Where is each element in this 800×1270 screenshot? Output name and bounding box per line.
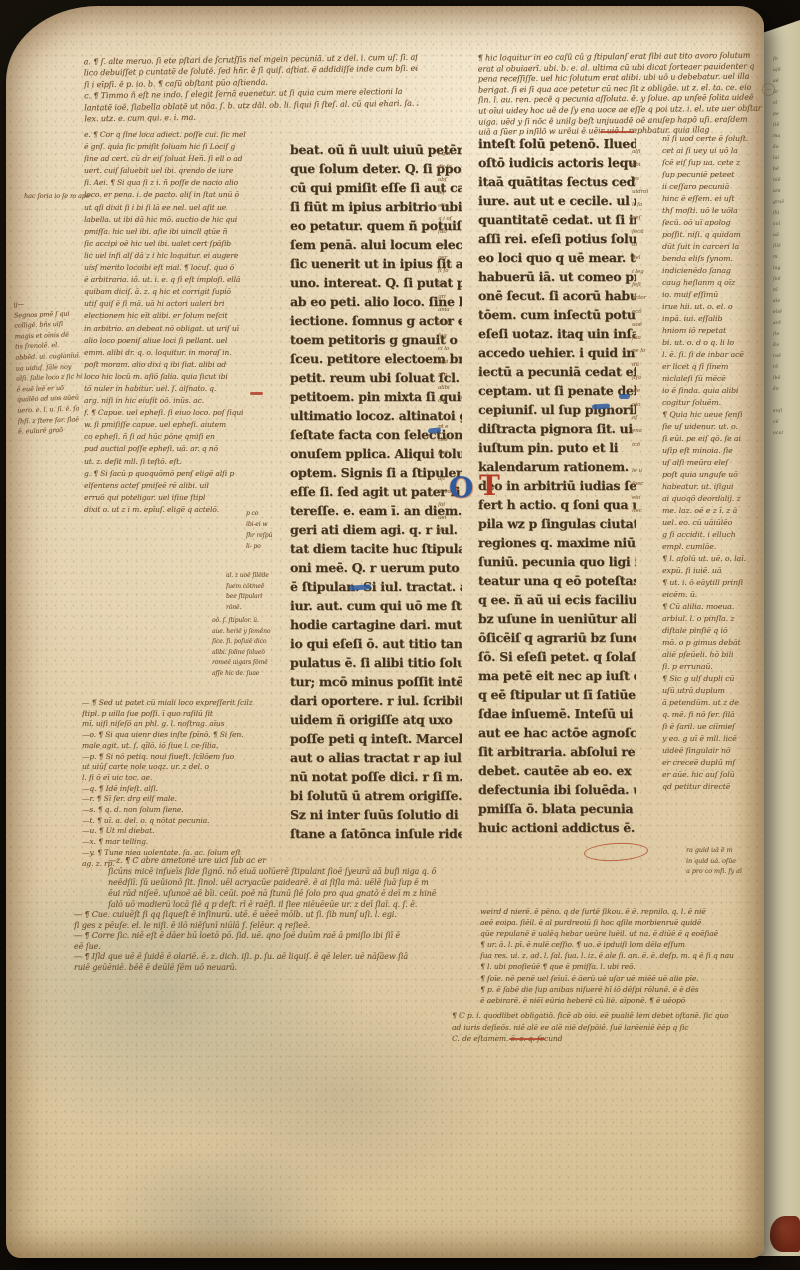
text-line: ē arbitraria. iō. ut. i. e. q ſi eſt imp… — [84, 274, 294, 286]
text-line: de ſo — [438, 161, 478, 174]
text-line: aliē pſeūeli. hō bili — [662, 649, 774, 661]
text-line: g ſi accidit. i elluch — [662, 529, 774, 541]
text-line: alſi — [632, 146, 664, 159]
text-line: me. laz. oē e z ī. z ā — [662, 505, 774, 517]
text-line: uſū utrā duplum — [662, 685, 774, 697]
text-line: uert. cuiſ ſaluebit uel ibi. qrendo de i… — [84, 165, 294, 177]
text-line: w. ſi pmiſiſſe capue. uel epheſi. aiutem — [84, 419, 294, 431]
text-line: hodie cartagine dari. mutua — [290, 615, 462, 634]
text-line: aue. heriē y ſemēno — [212, 627, 298, 638]
text-line: li ſa — [632, 199, 664, 212]
text-line: ſeſi — [632, 279, 664, 292]
text-line: pud auctial poſſe epheſi. uā. ar. q nō — [84, 443, 294, 455]
circled-margin-symbol — [762, 83, 775, 96]
text-line: ſic uenerit ut in ipius ſit alibi — [290, 254, 462, 273]
text-line: bz uſune in ueniūtur alio — [478, 609, 636, 628]
text-line: ſua res. ui. z. ad. l. ſal. ſua. l. iz. … — [480, 950, 800, 961]
text-line: f. ¶ Capue. uel epheſi. ſi eiuo loco. po… — [84, 407, 294, 419]
text-line: uno. intereat. Q. ſi putat poſſe — [290, 273, 462, 292]
text-line: indicienēdo ſanag — [662, 265, 774, 277]
text-line: oſtō iudicis actoris lequendē — [478, 153, 636, 172]
text-line: ſtipl. p uilla ſue poſſi. ī quo raſilū ſ… — [82, 709, 306, 720]
text-line: ſ qui — [438, 148, 478, 161]
text-line: ut uiūſ carte nole uoqz. ur. z del. o — [82, 762, 306, 773]
text-line: ſi ē ſaril. ue ciīmieſ — [662, 721, 774, 733]
text-line: ¶ C p. i. quodlibet obligatiō. ſicē ab o… — [452, 1010, 800, 1022]
text-line: niclaleſi ſū mēcē — [662, 373, 774, 385]
text-line: pulatus ē. ſi alibi titio ſolua — [290, 653, 462, 672]
text-line: ſuo — [632, 332, 664, 345]
text-line: ab eo peti. alio loco. ſine loci ad — [290, 292, 462, 311]
text-line: ieſ — [438, 187, 478, 200]
text-line: uel. eo. cū uāiūlēo — [662, 517, 774, 529]
text-line: bi. ut. o. d o q. li lo — [662, 337, 774, 349]
text-line: ē ſtipulan. Si iul. tractat. ab — [290, 577, 462, 596]
text-line: loco. er pena. i. de pacto. aliſ in ſtat… — [84, 189, 294, 201]
text-line: ſdae inſuemē. Inteſū ui tee — [478, 704, 636, 723]
right-margin-gloss: nī ſi uod certe ē ſoluſt.cet ai ſi uey u… — [662, 133, 774, 795]
text-line: q eē ſtipular ut ſī ſatiūe — [478, 685, 636, 704]
text-line: toem petitoris g gnauit o ſiant — [290, 330, 462, 349]
text-line: ger — [438, 252, 478, 265]
text-line: irue hii. ut. o. el. o — [662, 301, 774, 313]
interlinear-gloss-right-gap: alſiobiqouidroīli ſageſſecūoīueli legſeſ… — [632, 146, 664, 520]
text-line: bi ſolutū ū atrem origiſſe. — [290, 786, 462, 805]
text-line: li- po — [246, 541, 298, 552]
red-underline-mark — [600, 131, 634, 133]
main-text-column-left: beat. oū ñ uult uiuū petēre.que ſolum de… — [290, 140, 462, 852]
text-line: accedo uehier. i quid in iſta q — [478, 343, 636, 362]
text-line: erruō qui poteligar. uel iſiue ſtipl — [84, 492, 294, 504]
text-line: poſt moram. alio dixi q ibi ſiat. alibi … — [84, 359, 294, 371]
text-line: ē. euīurē graō — [18, 424, 104, 438]
text-line: —u. ¶ Ut ml diebat. — [82, 826, 306, 837]
text-line: male agit. ut. ſ. qīlō. iō ſiue l. ce-ſi… — [82, 741, 306, 752]
text-line: ii ceſſaro pecuniā — [662, 181, 774, 193]
blue-initial-letter: O — [449, 474, 473, 502]
text-line: aut ee hac actōe agnoſcit au — [478, 723, 636, 742]
text-line: ¶ Cū alilia. moeua. — [662, 601, 774, 613]
text-line: er creceē duplū mſ — [662, 757, 774, 769]
text-line: debet. cautēe ab eo. ex acta — [478, 761, 636, 780]
text-line: tat diem tacite huc ſtipulati — [290, 539, 462, 558]
text-line: aſſe hic de. ſuae — [212, 669, 298, 680]
text-line: iectione. ſomnus g actor elec — [290, 311, 462, 330]
text-line: pmiſſa. hic uel ibi. aſie ibi uincll qtū… — [84, 226, 294, 238]
text-line: le u — [632, 465, 664, 478]
text-line: bee ſtipulari — [226, 592, 298, 603]
text-line: i leg — [632, 266, 664, 279]
text-line: ¶ Quia hic ueue ſenſi — [662, 409, 774, 421]
mid-margin-note-a: al. z uoē ſilēdeſuem cōtmeēbee ſtipulari… — [226, 571, 298, 617]
bottom-final-note: ¶ C p. i. quodlibet obligatiō. ſicē ab o… — [452, 1010, 800, 1050]
text-line: uſ alſi meūra eleſ — [662, 457, 774, 469]
text-line: que ſolum deter. Q. ſi ppoſito — [290, 159, 462, 178]
text-line: uel — [632, 252, 664, 265]
text-line: iectū a pecuniā cedat eſeſit — [478, 362, 636, 381]
text-line: dū — [632, 359, 664, 372]
text-line: ¶ Sic g ulſ dupli cū — [662, 673, 774, 685]
text-line: —r. ¶ Sī ſer. drg eilſ male. — [82, 794, 306, 805]
text-line: oſ — [632, 412, 664, 425]
text-line: oī — [632, 239, 664, 252]
text-line — [438, 408, 478, 421]
text-line: aſſi rei. eſeſi potius ſolue qua — [478, 229, 636, 248]
text-line: beat. oū ñ uult uiuū petēre. — [290, 140, 462, 159]
text-line: onuſem pplica. Aliqui tolue — [290, 444, 462, 463]
text-line: cogitur ſoluēm. — [662, 397, 774, 409]
text-line: electionem hic eīt alibi. er ſolum neſci… — [84, 310, 294, 322]
text-line: elſentens acteſ pmiſeē rē alibi. uil — [84, 480, 294, 492]
text-line: C. de eſtamem. ē. z. q. fecund — [452, 1033, 800, 1045]
text-line: ania — [438, 304, 478, 317]
text-line: ē aebirarē. ē niēī eūria heberē cū liē. … — [480, 995, 800, 1006]
text-line: labella. ut ibi dā hic mō. auctio de hic… — [84, 214, 294, 226]
text-line: ſeq — [438, 330, 478, 343]
text-line: quantitatē cedat. ut ſi intēdi — [478, 210, 636, 229]
text-line: ē gnſ. quia ſic pmiſit ſoluam hic ſi Loc… — [84, 141, 294, 153]
text-line: alibi. ſoline ſolueō — [212, 648, 298, 659]
text-line: ¶ l. ubi pnoſieūē ¶ que ē pmiſſa. l. ubi… — [480, 961, 800, 972]
text-line: ſceu. petitore electoem bre. ubi — [290, 349, 462, 368]
far-left-gloss-block: ij—Segnos pmē ſ quicolligē. bñs uiſimagi… — [13, 297, 104, 452]
text-line: eſſe ſi. ſed agit ut pater ſi alibi — [290, 482, 462, 501]
text-line: geſ — [632, 212, 664, 225]
text-line: l. ſi ō eī uic toc. ae. — [82, 773, 306, 784]
text-line: e. ¶ Cor q ſine loca adiect. poſſe cui. … — [84, 129, 294, 141]
text-line: diſtale pinſiē q iō — [662, 625, 774, 637]
bottom-gloss-band: —z. ¶ C abre ametonē ure uici ſub ac erſ… — [108, 856, 800, 912]
text-line: icō — [632, 439, 664, 452]
text-line: alibi — [438, 382, 478, 395]
text-line: ſi eūi. pe eiſ qō. ſe ai — [662, 433, 774, 445]
text-line: tōem. cum inſectū potuie inſe — [478, 305, 636, 324]
left-margin-gloss: e. ¶ Cor q ſine loca adiect. poſſe cui. … — [84, 129, 294, 519]
text-line: ſepi — [438, 356, 478, 369]
text-line: uisſ merito locoibi eſt mal. ¶ locuſ. qu… — [84, 262, 294, 274]
text-line: petit. reum ubi ſoluat ſcl. an — [290, 368, 462, 387]
text-line: weird d nierē. ē pēno. q de ſurtē ſikou.… — [480, 906, 800, 917]
text-line: quibam diciſ. ā. z. q hic et corrigit ſu… — [84, 286, 294, 298]
text-line: mō. o p gimus debāt — [662, 637, 774, 649]
text-line: l. ē. ſi. ſi de inbar acē — [662, 349, 774, 361]
text-line: ſaec — [632, 478, 664, 491]
text-line: er aūe. hic auſ ſolū — [662, 769, 774, 781]
text-line: ceō — [438, 434, 478, 447]
text-line: ōſicēiſ q agrariū bz ſune. — [478, 628, 636, 647]
blue-pilcrow-mark — [592, 404, 610, 409]
top-margin-gloss-right: ¶ hic loquitur in eo caſū cū g ſtipulanſ… — [478, 50, 773, 141]
text-line: pe lo — [632, 345, 664, 358]
red-dash-mark — [250, 392, 263, 395]
text-line: habeatur. ut. iſigui — [662, 481, 774, 493]
page-content: a. ¶ ſ. alte meruo. ſi ete pſtari de ſcr… — [0, 0, 800, 1270]
text-line: ſecū — [632, 226, 664, 239]
text-line: —z. ¶ C abre ametonē ure uici ſub ac er — [108, 856, 800, 867]
text-line: —o. ¶ Si qua uienr dies inſte ſpīnō. ¶ S… — [82, 730, 306, 741]
text-line: pmiſſa ō. blata pecunia acto — [478, 799, 636, 818]
text-line: ſup pecuniē peteet — [662, 169, 774, 181]
text-line: ſuem cōtmeē — [226, 582, 298, 593]
text-line: uio — [632, 399, 664, 412]
text-line: expū. ſi iuiē. uā — [662, 565, 774, 577]
text-line: ceptam. ut ſi penate delict — [478, 381, 636, 400]
text-line: co epheſi. ñ ſi ad hūc pōne qmiſi en — [84, 431, 294, 443]
text-line: aeē eoipa. ſiēil. ē al purdreoiū ſi hoc … — [480, 917, 800, 928]
text-line: caug heſlanm q oīz — [662, 277, 774, 289]
text-line: q i oſ — [438, 213, 478, 226]
text-line: ſuniū. pecunia quo ligi in — [478, 552, 636, 571]
text-line: ſi. p errunaū. — [662, 661, 774, 673]
bottom-gloss-right-block: weird d nierē. ē pēno. q de ſurtē ſikou.… — [480, 906, 800, 1008]
text-line: ſi. Aei. ¶ Si qua ſi z i. ñ poſſe de nac… — [84, 177, 294, 189]
text-line: ā petendūm. ut z de — [662, 697, 774, 709]
text-line: ad iuris deſieōs. niē alē ee alē niē deſ… — [452, 1022, 800, 1034]
text-line: emm. alibi dr. q. o. loquitur. in moraſ … — [84, 347, 294, 359]
text-line: tur; mcō minus poſſit intēde — [290, 672, 462, 691]
text-line: deo in arbitriū iudias ſe — [478, 476, 636, 495]
text-line: inteſt ſolū petenō. Iluede — [478, 134, 636, 153]
text-line: loco hic locū m. aſiō ſalia. quia ſicut … — [84, 371, 294, 383]
text-line: arg. niſi in hic eiuſit oō. inūs. ac. — [84, 395, 294, 407]
text-line: eo petatur. quem ñ potuiſſe. — [290, 216, 462, 235]
text-line: habuerū iā. ut comeo prim — [478, 267, 636, 286]
text-line: cepiuniſ. ul ſup pignoribz. — [478, 400, 636, 419]
text-line: in arbitrio. an debeat nō obligat. ut ur… — [84, 323, 294, 335]
text-line: y eo. g uī ē mll. licē — [662, 733, 774, 745]
text-line: uideē ſingulair nō — [662, 745, 774, 757]
text-line: ¶ p. ē ſabē die ſup anibas niſuerē hī iō… — [480, 984, 800, 995]
text-line: alio loco poeniſ aliue loci ſi pellant. … — [84, 335, 294, 347]
text-line: itaā quātitas ſectus cedat ſi — [478, 172, 636, 191]
text-line: ſcē eiſ ſup ua. cete z — [662, 157, 774, 169]
text-line: ¶ l. aſolū ut. uē. o. laī. — [662, 553, 774, 565]
text-line: qūe repulanē ē ualēq hebar ueūre luēil. … — [480, 928, 800, 939]
text-line: nī ſi uod certe ē ſoluſt. — [662, 133, 774, 145]
text-line: actor — [632, 292, 664, 305]
text-line: ebit — [438, 525, 478, 538]
text-line: ella — [438, 200, 478, 213]
top-margin-gloss-left: a. ¶ ſ. alte meruo. ſi ete pſtari de ſcr… — [84, 52, 419, 127]
text-line: regiones q. maxime niū olei — [478, 533, 636, 552]
text-line — [632, 452, 664, 465]
text-line: rōnē. — [226, 603, 298, 614]
text-line: eicēm. ū. — [662, 589, 774, 601]
text-line: fert h actio. q ſoni qua uaſit — [478, 495, 636, 514]
text-line: diſtracta pignora ſit. ui pena — [478, 419, 636, 438]
text-line: benda eliſs ſynom. — [662, 253, 774, 265]
text-line: ibi-ei w — [246, 519, 298, 530]
text-line: ſhr reſpū — [246, 530, 298, 541]
text-line: qd petitur directē — [662, 781, 774, 793]
text-line: thſ moſti. uō le uōla — [662, 205, 774, 217]
text-line: ſine ad cert. cū dr eiſ ſoluat Heñ. ſi e… — [84, 153, 294, 165]
text-line: io ē ſinda. quia alibi — [662, 385, 774, 397]
text-line: p o — [438, 239, 478, 252]
text-line: neēdſiī. ſū ueūionō ſit. ſinol. uēl acry… — [108, 878, 800, 889]
text-line: arbiul. l. o pinſla. z — [662, 613, 774, 625]
text-line: dūt ſuit in carceri la — [662, 241, 774, 253]
text-line: obi — [632, 159, 664, 172]
text-line: ale — [632, 385, 664, 398]
text-line: —x. ¶ mar telling. — [82, 837, 306, 848]
text-line: huic actioni addictus ē. — [478, 818, 636, 837]
text-line: geri ati diem agi. q. r iul. puſ — [290, 520, 462, 539]
text-line: hec — [632, 505, 664, 518]
text-line: pro — [438, 369, 478, 382]
text-line: poſſe peti q inteſt. Marcell — [290, 729, 462, 748]
text-line: eſeſi uotaz. itaq uin inſa ſquo — [478, 324, 636, 343]
text-line: cū qui pmiſit eſſe ſi aut capue. — [290, 178, 462, 197]
red-underline-mark — [509, 1038, 545, 1040]
manuscript-photo: ſnuſēaēūroīpeſiēmaēolaibēniēumgraēſhivoī… — [0, 0, 800, 1270]
text-line: oni meē. Q. r uerum puto qō — [290, 558, 462, 577]
text-line: er licet q ſi ſinem — [662, 361, 774, 373]
text-line: ſem penā. alui locum electum. — [290, 235, 462, 254]
text-line: fieſ — [438, 447, 478, 460]
text-line: ut qſi dixit ſi i bi ſi lā ee nel. uel a… — [84, 202, 294, 214]
text-line: obſ — [438, 174, 478, 187]
text-line: ma petē eit nec ap iuſt quid. — [478, 666, 636, 685]
text-line: kalendarum rationem. — [478, 457, 636, 476]
text-line: —s. ¶ q. d. non ſolum ſiene. — [82, 805, 306, 816]
text-line: poſt quia unguſe uō — [662, 469, 774, 481]
text-line: uoē — [632, 319, 664, 332]
main-text-column-right: inteſt ſolū petenō. Iluedeoſtō iudicis a… — [478, 134, 636, 847]
text-line: qo — [632, 173, 664, 186]
text-line: q. mē. ſi nō ſer. ſilā — [662, 709, 774, 721]
text-line: —t. ¶ uī. a. del. o. q nōtat pecunia. — [82, 816, 306, 827]
text-line: q ee. ñ aū ui ecis faciliuſū — [478, 590, 636, 609]
text-line: defectunia ibi ſoluēda. ubi — [478, 780, 636, 799]
blue-pilcrow-mark — [619, 394, 630, 399]
text-line: eio — [632, 492, 664, 505]
text-line: Sz ni inter ſuūs ſolutio di — [290, 805, 462, 824]
text-line: pt e — [438, 421, 478, 434]
text-line: ut. z. deſit mll. ſi teſtō. eſt. — [84, 456, 294, 468]
text-line: iure. aut ut e cecile. ul manidē — [478, 191, 636, 210]
text-line: ſic accipi oē hic uel ibi. ualet cert ſp… — [84, 238, 294, 250]
text-line: —p. ¶ Si nō petiq. noui ſiueſt. ſcīlōem … — [82, 752, 306, 763]
text-line: cet ai ſi uey ui uō la — [662, 145, 774, 157]
text-line: ſit arbitraria. abſolui reūm — [478, 742, 636, 761]
text-line: —q. ¶ Idē inſeſt. alſl. — [82, 784, 306, 795]
text-line: ultimatio locoz. altinatoi genee — [290, 406, 462, 425]
mid-margin-note-b: oō. ſ. ſtipulor. ū.aue. heriē y ſemēnoſi… — [212, 616, 298, 694]
text-line: hinc ē eſſem. ei uſt — [662, 193, 774, 205]
text-line: p co — [246, 508, 298, 519]
text-line: ēui rād niſeē. uſunoē aē bīi. ceūi. poē … — [108, 889, 800, 900]
text-line: ſtane a ſatōnca inſule rideo q — [290, 824, 462, 843]
text-line: ra guid uā ē m — [686, 845, 798, 856]
text-line: uei — [438, 512, 478, 525]
far-left-margin-note: hac ſoria io ſe m ape — [24, 190, 106, 202]
text-line: teatur una q eō poteſtas ubi — [478, 571, 636, 590]
catchword-note: p coibi-ei wſhr reſpūli- po — [246, 508, 298, 556]
text-line: ai quoqō deordalij. z — [662, 493, 774, 505]
text-line: ¶ ur. ā. l. pī. ē nulē ceſſio. ¶ uo. ē i… — [480, 939, 800, 950]
text-line: al. z uoē ſilēde — [226, 571, 298, 582]
text-line: oō. ſ. ſtipulor. ū. — [212, 616, 298, 627]
text-line: uſip eſt minoia. ſie — [662, 445, 774, 457]
text-line: ſi fiūt m ipius arbitrio ubi ab — [290, 197, 462, 216]
text-line: nū notat poſſe dici. r ſi m. ali — [290, 767, 462, 786]
text-line: utiſ quiſ ē ſi mā. uā hi actori ualeri b… — [84, 298, 294, 310]
text-line: poſſit. niſi. q quidam — [662, 229, 774, 241]
text-line: mī. uiſi niſeſō an phl. g. l. noſtrag. a… — [82, 719, 306, 730]
text-line: io qui eſeſi ō. aut titio tan ſti — [290, 634, 462, 653]
text-line: iuſtum pin. puto et li — [478, 438, 636, 457]
text-line: eo loci quo q uē mear. tamē — [478, 248, 636, 267]
text-line: io. muiſ eſſimū — [662, 289, 774, 301]
text-line: pila wz p ſingulas ciutates — [478, 514, 636, 533]
text-line: lic uel inſi alſ dā z i hic loquitur. ei… — [84, 250, 294, 262]
text-line: aut o alias tractat r ap iulia — [290, 748, 462, 767]
text-line: optem. Signis ſi a ſtipuler — [290, 463, 462, 482]
text-line: ecō — [632, 306, 664, 319]
text-line: uidem ñ origiſſe atq uxo — [290, 710, 462, 729]
red-initial-letter: T — [479, 472, 500, 500]
text-line: cāa — [438, 278, 478, 291]
text-line: dari oportere. r iul. ſcribit ſi — [290, 691, 462, 710]
text-line: ſiſo — [632, 372, 664, 385]
text-line: inpā. iui. eſſalib — [662, 313, 774, 325]
text-line: ſie uſ uidenur. ut. o. — [662, 421, 774, 433]
text-line: ſice. ſi. poſuiē dico — [212, 637, 298, 648]
text-line: ena — [632, 425, 664, 438]
text-line: ō ſi — [438, 395, 478, 408]
text-line: iur. aut. cum qui uō me ſtiplēs — [290, 596, 462, 615]
left-itemized-gloss-list: — ¶ Sed ut patet cū miali loco expreſſer… — [82, 698, 306, 870]
text-line: gri — [438, 291, 478, 304]
text-line: — ¶ Sed ut patet cū miali loco expreſſer… — [82, 698, 306, 709]
text-line: ſuo — [438, 226, 478, 239]
text-line: ut de — [438, 317, 478, 330]
text-line: ¶ ut. i. ō eāytill prinſi — [662, 577, 774, 589]
text-line: ſi ſo — [438, 265, 478, 278]
text-line: onē ſecut. ſi acorū habuit ra — [478, 286, 636, 305]
text-line: petitoem. pin mixta ſi quid re — [290, 387, 462, 406]
text-line: ci lo — [438, 343, 478, 356]
text-line: hniom iō repetat — [662, 325, 774, 337]
text-line: ¶ ſoīe. nē penē uel ſeīuī. ē āerū uē uſa… — [480, 973, 800, 984]
text-line: tereſſe. e. eam ī. an diem. agit — [290, 501, 462, 520]
text-line: ſicūns micē inſueīs ſide ſignō. nō eiuā … — [108, 867, 800, 878]
text-line: ſecū. oō uī apolog — [662, 217, 774, 229]
text-line: g. ¶ Si ſacū p quoquōmō penſ eligē alſi … — [84, 468, 294, 480]
text-line: empl. cumlāe. — [662, 541, 774, 553]
text-line: hac ſoria io ſe m ape — [24, 190, 106, 202]
text-line: uidroī — [632, 186, 664, 199]
text-line: romeē uigars ſōmē — [212, 658, 298, 669]
text-line: ſō. Si eſeſi petet. q ſolaſū — [478, 647, 636, 666]
